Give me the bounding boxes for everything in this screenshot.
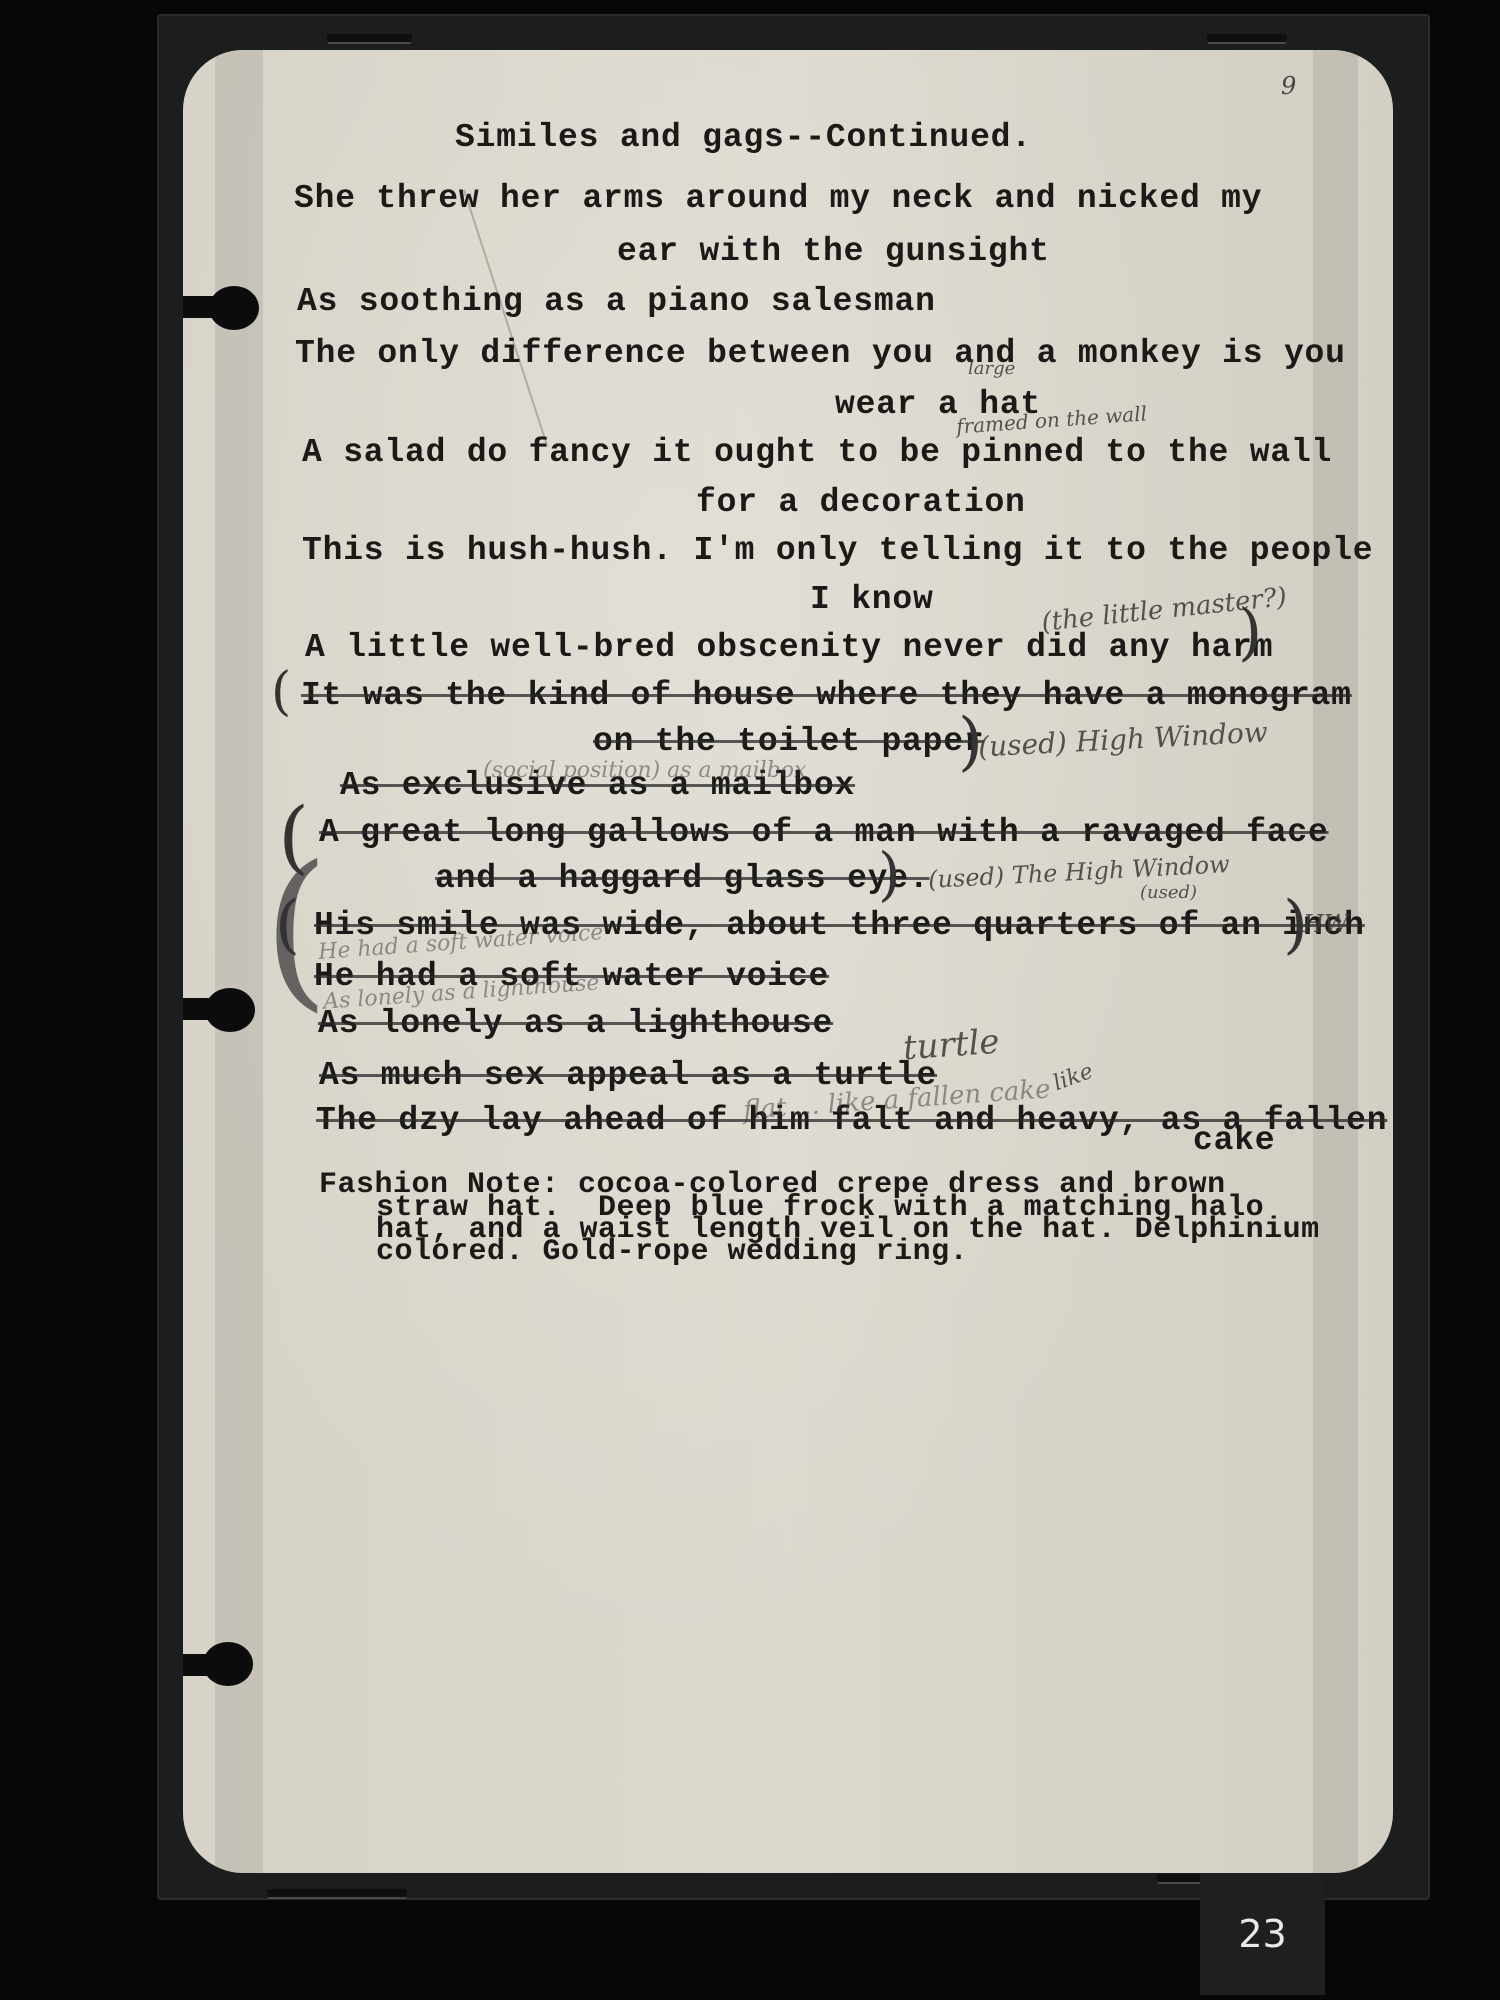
handwritten-note: (social position) as a mailbox xyxy=(483,758,806,783)
binder-hole-top xyxy=(209,286,259,330)
handwritten-note: HW xyxy=(1303,910,1349,938)
fashion-note-line: colored. Gold-rope wedding ring. xyxy=(376,1235,968,1269)
binder-hole-middle xyxy=(205,988,255,1032)
handwritten-note: large xyxy=(968,358,1015,379)
handwritten-note: (used) xyxy=(1140,882,1197,903)
struck-entry-line: on the toilet paper xyxy=(593,723,984,760)
handwritten-bracket: ) xyxy=(878,840,901,908)
tape-strip-right xyxy=(1313,50,1358,1873)
struck-entry-line: A great long gallows of a man with a rav… xyxy=(319,814,1329,851)
entry-line: for a decoration xyxy=(696,484,1026,521)
handwritten-note: (used) High Window xyxy=(977,715,1268,763)
struck-entry-line: It was the kind of house where they have… xyxy=(301,677,1352,714)
entry-line: A little well-bred obscenity never did a… xyxy=(305,629,1273,666)
mat-slot-top-left xyxy=(327,34,412,44)
entry-line: I know xyxy=(810,581,934,618)
entry-line: A salad do fancy it ought to be pinned t… xyxy=(302,434,1332,471)
entry-line: She threw her arms around my neck and ni… xyxy=(294,180,1262,217)
entry-line: As soothing as a piano salesman xyxy=(297,283,936,320)
handwritten-bracket: ) xyxy=(958,705,983,779)
handwritten-bracket: ( xyxy=(271,662,291,722)
handwritten-bracket: ) xyxy=(1238,595,1262,668)
mat-slot-top-right xyxy=(1207,34,1287,44)
handwritten-bracket: ( xyxy=(275,888,300,962)
binder-hole-bottom xyxy=(203,1642,253,1686)
handwritten-bracket: ) xyxy=(1283,888,1308,962)
typewritten-page: 9 Similes and gags--Continued. She threw… xyxy=(183,50,1393,1873)
entry-line-continuation: cake xyxy=(1193,1122,1275,1159)
entry-line: This is hush-hush. I'm only telling it t… xyxy=(302,532,1373,569)
handwritten-note: like xyxy=(1050,1059,1097,1096)
page-title: Similes and gags--Continued. xyxy=(455,119,1032,156)
entry-line: ear with the gunsight xyxy=(617,233,1050,270)
struck-entry-line: and a haggard glass eye. xyxy=(435,860,929,897)
page-number-handwritten: 9 xyxy=(1281,72,1296,100)
struck-entry-line: As lonely as a lighthouse xyxy=(318,1005,833,1042)
mat-slot-bottom-left xyxy=(267,1889,407,1899)
handwritten-note: turtle xyxy=(902,1022,1001,1069)
entry-line: The only difference between you and a mo… xyxy=(295,335,1346,372)
exhibit-number-label: 23 xyxy=(1200,1873,1325,1995)
